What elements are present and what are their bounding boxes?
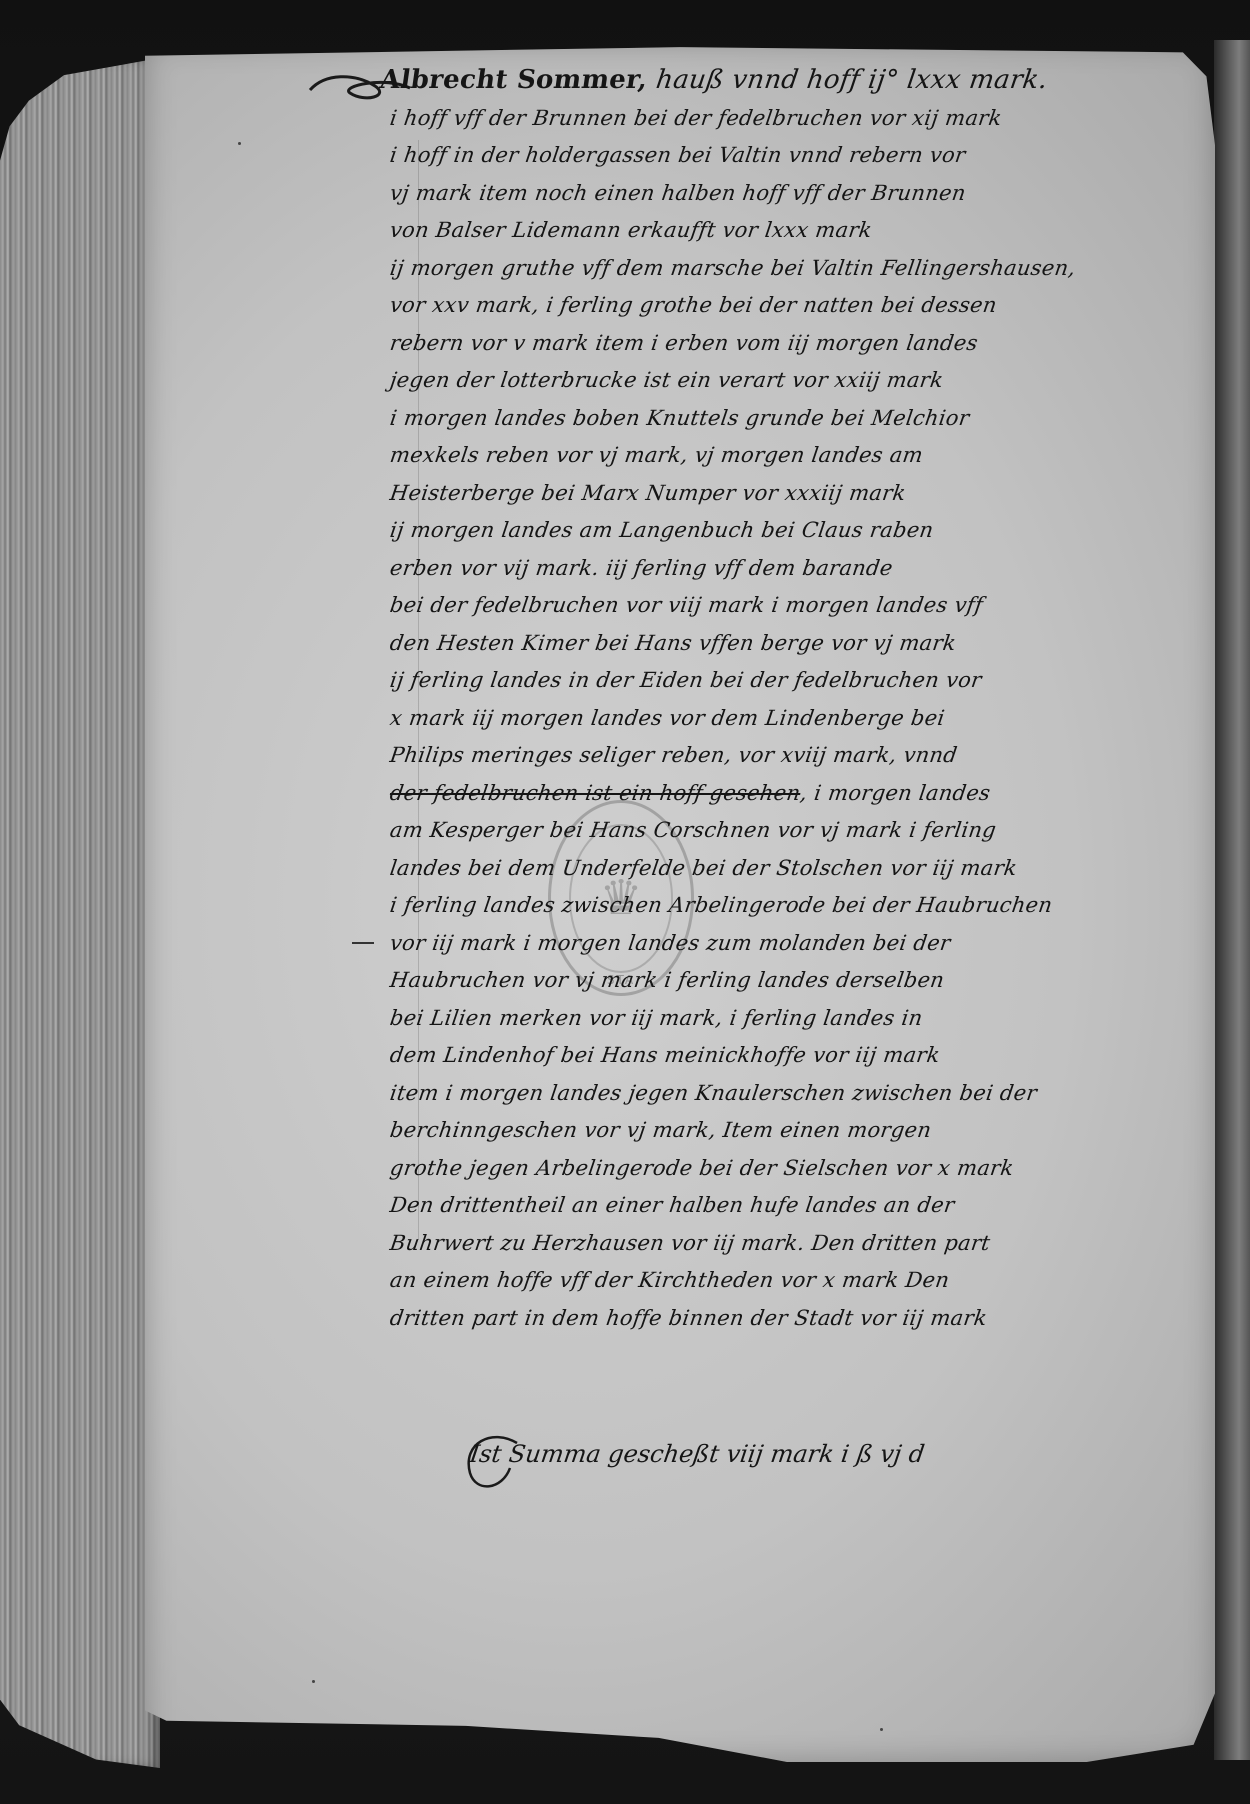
book-binding-edge	[1214, 40, 1250, 1760]
text-line: i morgen landes boben Knuttels grunde be…	[387, 400, 1162, 438]
text-continuation: , i morgen landes	[799, 781, 992, 805]
paper-speck	[880, 1728, 883, 1731]
text-line: von Balser Lidemann erkaufft vor lxxx ma…	[387, 212, 1162, 250]
heading-rest: hauß vnnd hoff ij° lxxx mark.	[654, 65, 1049, 95]
heading-name: Albrecht Sommer,	[378, 65, 650, 95]
text-line: dem Lindenhof bei Hans meinickhoffe vor …	[387, 1037, 1162, 1075]
text-line: vor iij mark i morgen landes zum molande…	[387, 925, 1162, 963]
text-line: ij morgen landes am Langenbuch bei Claus…	[387, 512, 1162, 550]
text-line: ij ferling landes in der Eiden bei der f…	[387, 662, 1162, 700]
struck-through-text: der fedelbruchen ist ein hoff gesehen	[388, 781, 802, 805]
book-page-edges	[0, 58, 160, 1768]
text-line: erben vor vij mark. iij ferling vff dem …	[387, 550, 1162, 588]
text-line: am Kesperger bei Hans Corschnen vor vj m…	[387, 812, 1162, 850]
text-line: Philips meringes seliger reben, vor xvii…	[387, 737, 1162, 775]
text-line: landes bei dem Underfelde bei der Stolsc…	[387, 850, 1162, 888]
text-line: an einem hoffe vff der Kirchtheden vor x…	[387, 1262, 1162, 1300]
text-line: vor xxv mark, i ferling grothe bei der n…	[387, 287, 1162, 325]
text-line: item i morgen landes jegen Knaulerschen …	[387, 1075, 1162, 1113]
text-line: Den drittentheil an einer halben hufe la…	[387, 1187, 1162, 1225]
text-line: berchinngeschen vor vj mark, Item einen …	[387, 1112, 1162, 1150]
sum-total-line: Ist Summa gescheßt viij mark i ß vj d	[468, 1440, 926, 1468]
text-line: Heisterberge bei Marx Numper vor xxxiij …	[387, 475, 1162, 513]
text-line: Buhrwert zu Herzhausen vor iij mark. Den…	[387, 1225, 1162, 1263]
text-line: den Hesten Kimer bei Hans vffen berge vo…	[387, 625, 1162, 663]
paper-speck	[238, 142, 241, 145]
text-line: bei der fedelbruchen vor viij mark i mor…	[387, 587, 1162, 625]
text-line: grothe jegen Arbelingerode bei der Siels…	[387, 1150, 1162, 1188]
text-line: i hoff in der holdergassen bei Valtin vn…	[387, 137, 1162, 175]
text-line: dritten part in dem hoffe binnen der Sta…	[387, 1300, 1162, 1338]
text-line: Haubruchen vor vj mark i ferling landes …	[387, 962, 1162, 1000]
text-line: i hoff vff der Brunnen bei der fedelbruc…	[387, 100, 1162, 138]
text-line: ij morgen gruthe vff dem marsche bei Val…	[387, 250, 1162, 288]
paper-speck	[312, 1680, 315, 1683]
text-line: i ferling landes zwischen Arbelingerode …	[387, 887, 1162, 925]
text-line: vj mark item noch einen halben hoff vff …	[387, 175, 1162, 213]
margin-mark	[352, 942, 374, 944]
text-line: jegen der lotterbrucke ist ein verart vo…	[387, 362, 1162, 400]
book-scan: ♛ STA Albrecht Sommer, hauß vnnd hoff ij…	[0, 0, 1250, 1804]
text-line: rebern vor v mark item i erben vom iij m…	[387, 325, 1162, 363]
struck-text-line: der fedelbruchen ist ein hoff gesehen, i…	[387, 775, 1162, 813]
text-line: mexkels reben vor vj mark, vj morgen lan…	[387, 437, 1162, 475]
entry-heading: Albrecht Sommer, hauß vnnd hoff ij° lxxx…	[377, 62, 1162, 100]
text-line: bei Lilien merken vor iij mark, i ferlin…	[387, 1000, 1162, 1038]
text-line: x mark iij morgen landes vor dem Lindenb…	[387, 700, 1162, 738]
manuscript-text: Albrecht Sommer, hauß vnnd hoff ij° lxxx…	[390, 62, 1160, 1337]
